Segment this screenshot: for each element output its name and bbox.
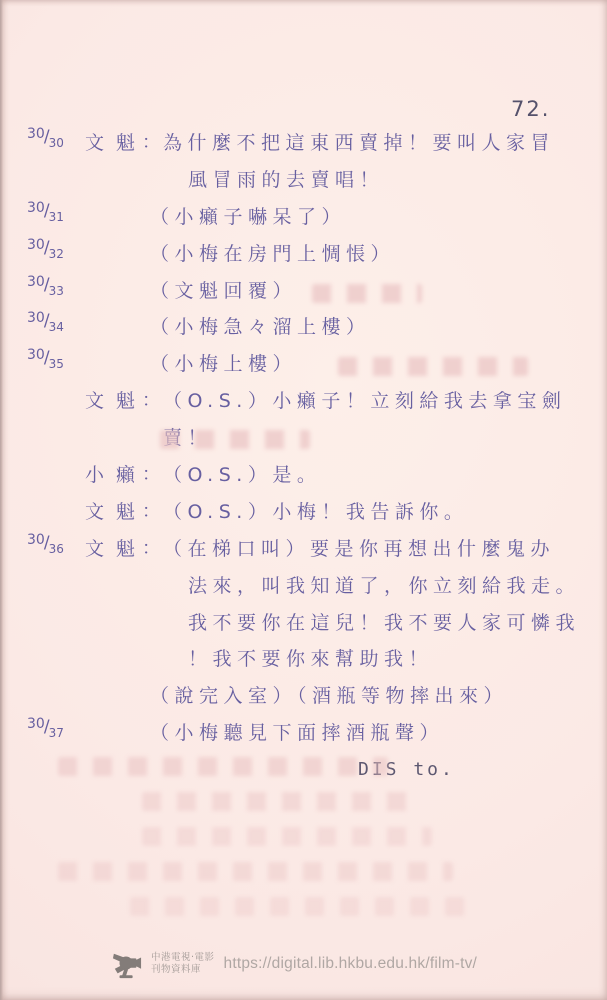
line-text: （說完入室）（酒瓶等物摔出來） — [150, 679, 508, 713]
speaker-colon: ： — [142, 532, 160, 566]
scene-number-bottom: 32 — [49, 247, 64, 261]
line-text: （小梅急々溜上樓） — [150, 310, 371, 344]
scene-number: 30/37 — [27, 717, 64, 737]
scene-number: 30/32 — [27, 238, 64, 258]
line-text: 風冒雨的去賣唱！ — [188, 163, 384, 197]
line-text: ！我不要你來幫助我！ — [188, 642, 433, 676]
speaker-name: 文魁 — [85, 126, 147, 160]
speaker-colon: ： — [142, 384, 160, 418]
script-line: 文魁 ： （O.S.）小癩子！立刻給我去拿宝劍 — [0, 384, 607, 421]
scene-number-bottom: 30 — [49, 136, 64, 150]
speaker-name: 小癩 — [85, 458, 147, 492]
script-line: 30/36 文魁 ： （在梯口叫）要是你再想出什麼鬼办 — [0, 532, 607, 569]
watermark-org-name: 中港電視·電影 刊物資料庫 — [151, 952, 215, 977]
ink-bleed-artifact — [312, 284, 422, 303]
speaker-colon: ： — [142, 458, 160, 492]
watermark-url: https://digital.lib.hkbu.edu.hk/film-tv/ — [224, 955, 478, 973]
line-text: （小梅上樓） — [150, 347, 297, 381]
scene-number-bottom: 33 — [49, 284, 64, 298]
ink-bleed-artifact — [142, 827, 432, 846]
watermark-org-line1: 中港電視·電影 — [151, 952, 215, 964]
scene-number: 30/31 — [27, 201, 64, 221]
speaker-name: 文魁 — [85, 384, 147, 418]
speaker-name: 文魁 — [85, 532, 147, 566]
scene-number-top: 30 — [27, 126, 45, 142]
ink-bleed-artifact — [160, 430, 310, 449]
scene-number-bottom: 37 — [49, 726, 64, 740]
script-lines: 30/30 文魁 ： 為什麼不把這東西賣掉！要叫人家冒 風冒雨的去賣唱！ 30/… — [0, 126, 607, 790]
scene-number: 30/35 — [27, 348, 64, 368]
line-text: 我不要你在這兒！我不要人家可憐我 — [188, 606, 580, 640]
script-line: 我不要你在這兒！我不要人家可憐我 — [0, 606, 607, 643]
library-watermark: 中港電視·電影 刊物資料庫 https://digital.lib.hkbu.e… — [112, 948, 477, 980]
speaker-colon: ： — [142, 126, 160, 160]
speaker-colon: ： — [142, 495, 160, 529]
scene-number-top: 30 — [27, 532, 45, 548]
ink-bleed-artifact — [142, 792, 422, 811]
scene-number-top: 30 — [27, 237, 45, 253]
script-line: 30/30 文魁 ： 為什麼不把這東西賣掉！要叫人家冒 — [0, 126, 607, 163]
scene-number-bottom: 35 — [49, 357, 64, 371]
script-line: 30/32 （小梅在房門上惆悵） — [0, 237, 607, 274]
scene-number-top: 30 — [27, 716, 45, 732]
script-line: 小癩 ： （O.S.）是。 — [0, 458, 607, 495]
line-text: 為什麼不把這東西賣掉！要叫人家冒 — [163, 126, 555, 160]
watermark-org-line2: 刊物資料庫 — [151, 964, 215, 976]
scene-number: 30/36 — [27, 533, 64, 553]
scene-number-top: 30 — [27, 274, 45, 290]
page-number: 72. — [511, 97, 550, 121]
line-text: （文魁回覆） — [150, 274, 297, 308]
line-text: （O.S.）小癩子！立刻給我去拿宝劍 — [163, 384, 566, 418]
line-text: 法來，叫我知道了，你立刻給我走。 — [188, 569, 580, 603]
scene-number: 30/34 — [27, 311, 64, 331]
script-line: ！我不要你來幫助我！ — [0, 642, 607, 679]
line-text: （O.S.）小梅！我告訴你。 — [163, 495, 468, 529]
script-line: 30/33 （文魁回覆） — [0, 274, 607, 311]
scene-number-bottom: 31 — [49, 210, 64, 224]
scene-number: 30/30 — [27, 127, 64, 147]
script-line: 法來，叫我知道了，你立刻給我走。 — [0, 569, 607, 606]
scene-number-top: 30 — [27, 200, 45, 216]
script-line: 風冒雨的去賣唱！ — [0, 163, 607, 200]
script-line: （說完入室）（酒瓶等物摔出來） — [0, 679, 607, 716]
scene-number-top: 30 — [27, 310, 45, 326]
script-line: 30/34 （小梅急々溜上樓） — [0, 310, 607, 347]
line-text: （O.S.）是。 — [163, 458, 321, 492]
line-text: （小癩子嚇呆了） — [150, 200, 346, 234]
script-line: 文魁 ： （O.S.）小梅！我告訴你。 — [0, 495, 607, 532]
line-text: （小梅在房門上惆悵） — [150, 237, 395, 271]
scene-number-bottom: 36 — [49, 542, 64, 556]
line-text: （小梅聽見下面摔酒瓶聲） — [150, 716, 444, 750]
line-text: （在梯口叫）要是你再想出什麼鬼办 — [163, 532, 555, 566]
film-camera-icon — [112, 948, 142, 980]
scanned-script-page: 72. 30/30 文魁 ： 為什麼不把這東西賣掉！要叫人家冒 風冒雨的去賣唱！… — [0, 0, 607, 1000]
scene-number-bottom: 34 — [49, 320, 64, 334]
script-line: 30/31 （小癩子嚇呆了） — [0, 200, 607, 237]
ink-bleed-artifact — [338, 357, 528, 376]
scene-number-top: 30 — [27, 347, 45, 363]
speaker-name: 文魁 — [85, 495, 147, 529]
ink-bleed-artifact — [58, 862, 453, 881]
script-line: 30/37 （小梅聽見下面摔酒瓶聲） — [0, 716, 607, 753]
ink-bleed-artifact — [58, 757, 388, 776]
ink-bleed-artifact — [130, 897, 480, 916]
scene-number: 30/33 — [27, 275, 64, 295]
